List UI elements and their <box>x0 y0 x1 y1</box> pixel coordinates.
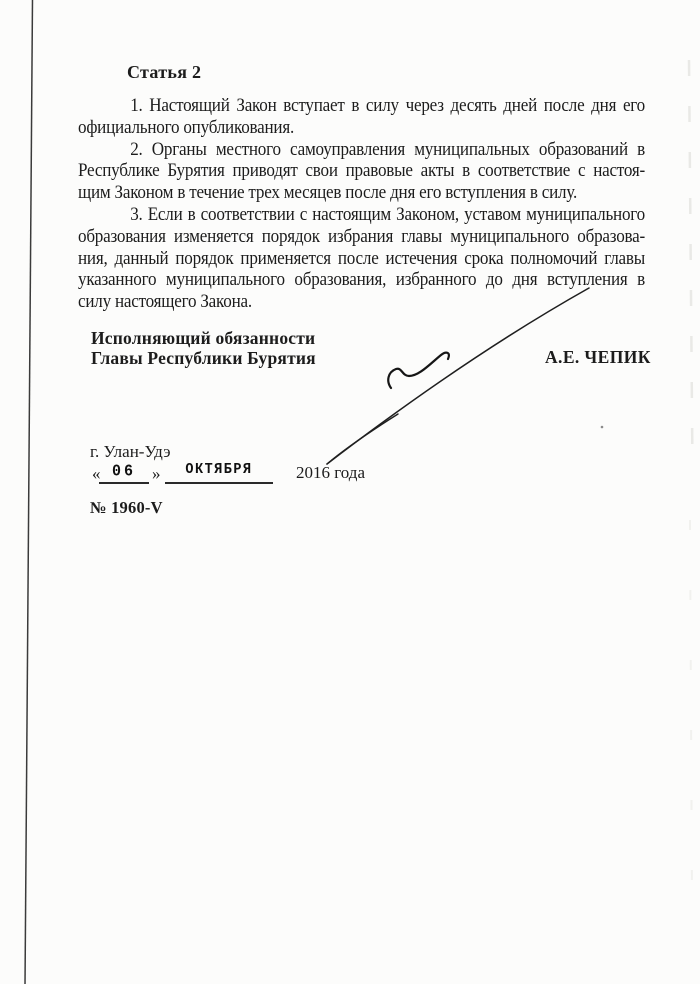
stamped-month-field: ОКТЯБРЯ <box>165 459 273 484</box>
faint-right-edge <box>689 60 693 470</box>
document-number: № 1960-V <box>90 498 163 518</box>
paragraph-line: официального опубликования. <box>78 117 645 139</box>
scanned-document-page: Статья 2 1. Настоящий Закон вступает в с… <box>0 0 700 984</box>
signature-main-stroke <box>327 288 589 464</box>
article-body: 1. Настоящий Закон вступает в силу через… <box>78 95 645 313</box>
page-edge-line <box>25 0 33 984</box>
signature-flourish <box>388 353 449 388</box>
signature-return-stroke <box>327 414 398 464</box>
paragraph-line: образования изменяется порядок избрания … <box>78 226 645 248</box>
paragraph-line: указанного муниципального образования, и… <box>78 269 645 291</box>
signatory-title-line1: Исполняющий обязанности <box>91 329 316 349</box>
stamped-month: ОКТЯБРЯ <box>185 458 252 483</box>
quote-close: » <box>152 464 161 484</box>
scan-speck <box>601 426 604 429</box>
paragraph-line: ния, данный порядок применяется после ис… <box>78 248 645 270</box>
article-heading: Статья 2 <box>127 62 201 83</box>
stamped-day-field: 06 <box>99 461 149 484</box>
place-city: г. Улан-Удэ <box>90 442 170 462</box>
year-text: 2016 года <box>296 463 365 483</box>
paragraph-line: 2. Органы местного самоуправления муници… <box>78 139 645 161</box>
faint-right-edge-2 <box>690 520 692 900</box>
paragraph-line: 1. Настоящий Закон вступает в силу через… <box>78 95 645 117</box>
signatory-title: Исполняющий обязанности Главы Республики… <box>91 329 316 368</box>
paragraph-line: Республике Бурятия приводят свои правовы… <box>78 160 645 182</box>
stamped-day: 06 <box>112 460 136 483</box>
signatory-title-line2: Главы Республики Бурятия <box>91 349 316 369</box>
signatory-name: А.Е. ЧЕПИК <box>545 347 651 368</box>
paragraph-line: 3. Если в соответствии с настоящим Закон… <box>78 204 645 226</box>
paragraph-line: щим Законом в течение трех месяцев после… <box>78 182 645 204</box>
paragraph-line: силу настоящего Закона. <box>78 291 645 313</box>
